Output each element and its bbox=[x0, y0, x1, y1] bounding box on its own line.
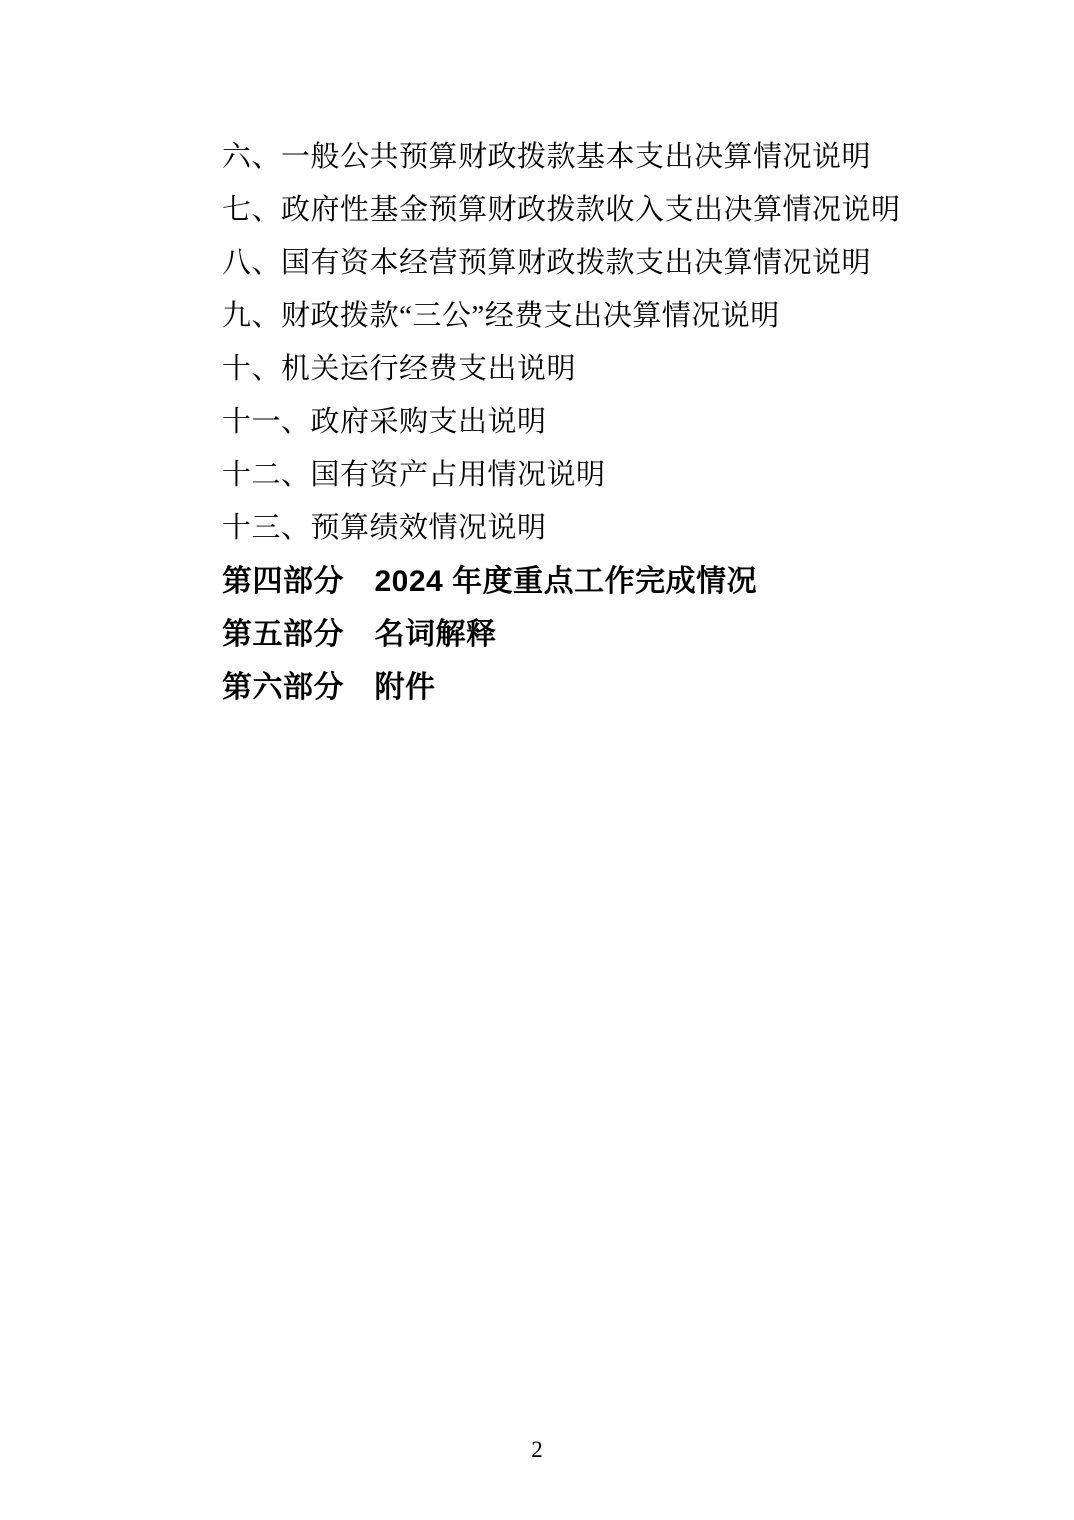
section-heading-part5: 第五部分 名词解释 bbox=[222, 608, 1034, 661]
section-heading-part6: 第六部分 附件 bbox=[222, 661, 1034, 714]
toc-item-9: 九、财政拨款“三公”经费支出决算情况说明 bbox=[222, 290, 1034, 343]
toc-item-10: 十、机关运行经费支出说明 bbox=[222, 343, 1034, 396]
toc-item-12: 十二、国有资产占用情况说明 bbox=[222, 449, 1034, 502]
toc-item-6: 六、一般公共预算财政拨款基本支出决算情况说明 bbox=[222, 131, 1034, 184]
table-of-contents: 六、一般公共预算财政拨款基本支出决算情况说明 七、政府性基金预算财政拨款收入支出… bbox=[222, 131, 1034, 714]
page-number: 2 bbox=[0, 1437, 1074, 1463]
section-heading-part4: 第四部分 2024 年度重点工作完成情况 bbox=[222, 555, 1034, 608]
document-page: 六、一般公共预算财政拨款基本支出决算情况说明 七、政府性基金预算财政拨款收入支出… bbox=[0, 0, 1074, 1520]
toc-item-7: 七、政府性基金预算财政拨款收入支出决算情况说明 bbox=[222, 184, 1034, 237]
toc-item-8: 八、国有资本经营预算财政拨款支出决算情况说明 bbox=[222, 237, 1034, 290]
toc-item-11: 十一、政府采购支出说明 bbox=[222, 396, 1034, 449]
toc-item-13: 十三、预算绩效情况说明 bbox=[222, 502, 1034, 555]
